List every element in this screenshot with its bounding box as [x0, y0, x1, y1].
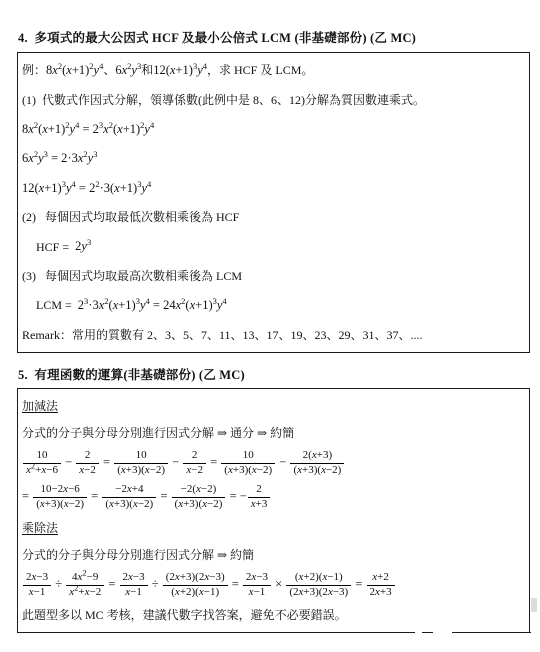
factor-eq-2: 6x2y3 = 2·3x2y3 — [22, 144, 523, 173]
factor-eq-1: 8x2(x+1)2y4 = 23x2(x+1)2y4 — [22, 115, 523, 144]
mul-div-label: 乘除法 — [22, 514, 523, 542]
add-sub-label: 加減法 — [22, 392, 523, 420]
section5-box: 加減法 分式的分子與分母分別進行因式分解 ⇒ 通分 ⇒ 約簡 10x2+x−6 … — [17, 388, 530, 633]
box2-bottom-border-segment — [452, 632, 531, 633]
step3-line: (3) 每個因式均取最高次數相乘後為 LCM — [22, 262, 523, 291]
hcf-result-line: HCF = 2y3 — [22, 232, 523, 261]
mul-div-description: 分式的分子與分母分別進行因式分解 ⇒ 約簡 — [22, 542, 523, 568]
add-sub-eq-line1: 10x2+x−6 − 2x−2 = 10(x+3)(x−2) − 2x−2 = … — [22, 446, 523, 480]
add-sub-description: 分式的分子與分母分別進行因式分解 ⇒ 通分 ⇒ 約簡 — [22, 420, 523, 446]
box2-bottom-border-segment — [17, 632, 415, 633]
step1-line: (1) 代數式作因式分解，領導係數(此例中是 8、6、12)分解為質因數連乘式。 — [22, 85, 523, 114]
lcm-result-line: LCM = 23·3x2(x+1)3y4 = 24x2(x+1)3y4 — [22, 291, 523, 320]
section4-box: 例：8x2(x+1)2y4、6x2y3和12(x+1)3y4，求 HCF 及 L… — [17, 52, 530, 353]
mul-div-label-text: 乘除法 — [22, 521, 58, 536]
add-sub-label-text: 加減法 — [22, 399, 58, 414]
scan-artifact — [531, 598, 537, 612]
mc-advice-note: 此題型多以 MC 考核，建議代數字找答案，避免不必要錯誤。 — [22, 602, 523, 628]
step2-line: (2) 每個因式均取最低次數相乘後為 HCF — [22, 203, 523, 232]
section4-heading: 4. 多項式的最大公因式 HCF 及最小公倍式 LCM (非基礎部份) (乙 M… — [18, 28, 416, 46]
mul-div-eq-line: 2x−3x−1 ÷ 4x2−9x2+x−2 = 2x−3x−1 ÷ (2x+3)… — [22, 568, 523, 602]
document-page: 4. 多項式的最大公因式 HCF 及最小公倍式 LCM (非基礎部份) (乙 M… — [0, 0, 540, 652]
box2-bottom-border-dash — [422, 632, 433, 633]
factor-eq-3: 12(x+1)3y4 = 22·3(x+1)3y4 — [22, 174, 523, 203]
remark-line: Remark：常用的質數有 2、3、5、7、11、13、17、19、23、29、… — [22, 321, 523, 350]
section5-heading: 5. 有理函數的運算(非基礎部份) (乙 MC) — [18, 365, 245, 383]
example-line: 例：8x2(x+1)2y4、6x2y3和12(x+1)3y4，求 HCF 及 L… — [22, 56, 523, 85]
add-sub-eq-line2: = 10−2x−6(x+3)(x−2) = −2x+4(x+3)(x−2) = … — [22, 480, 523, 514]
